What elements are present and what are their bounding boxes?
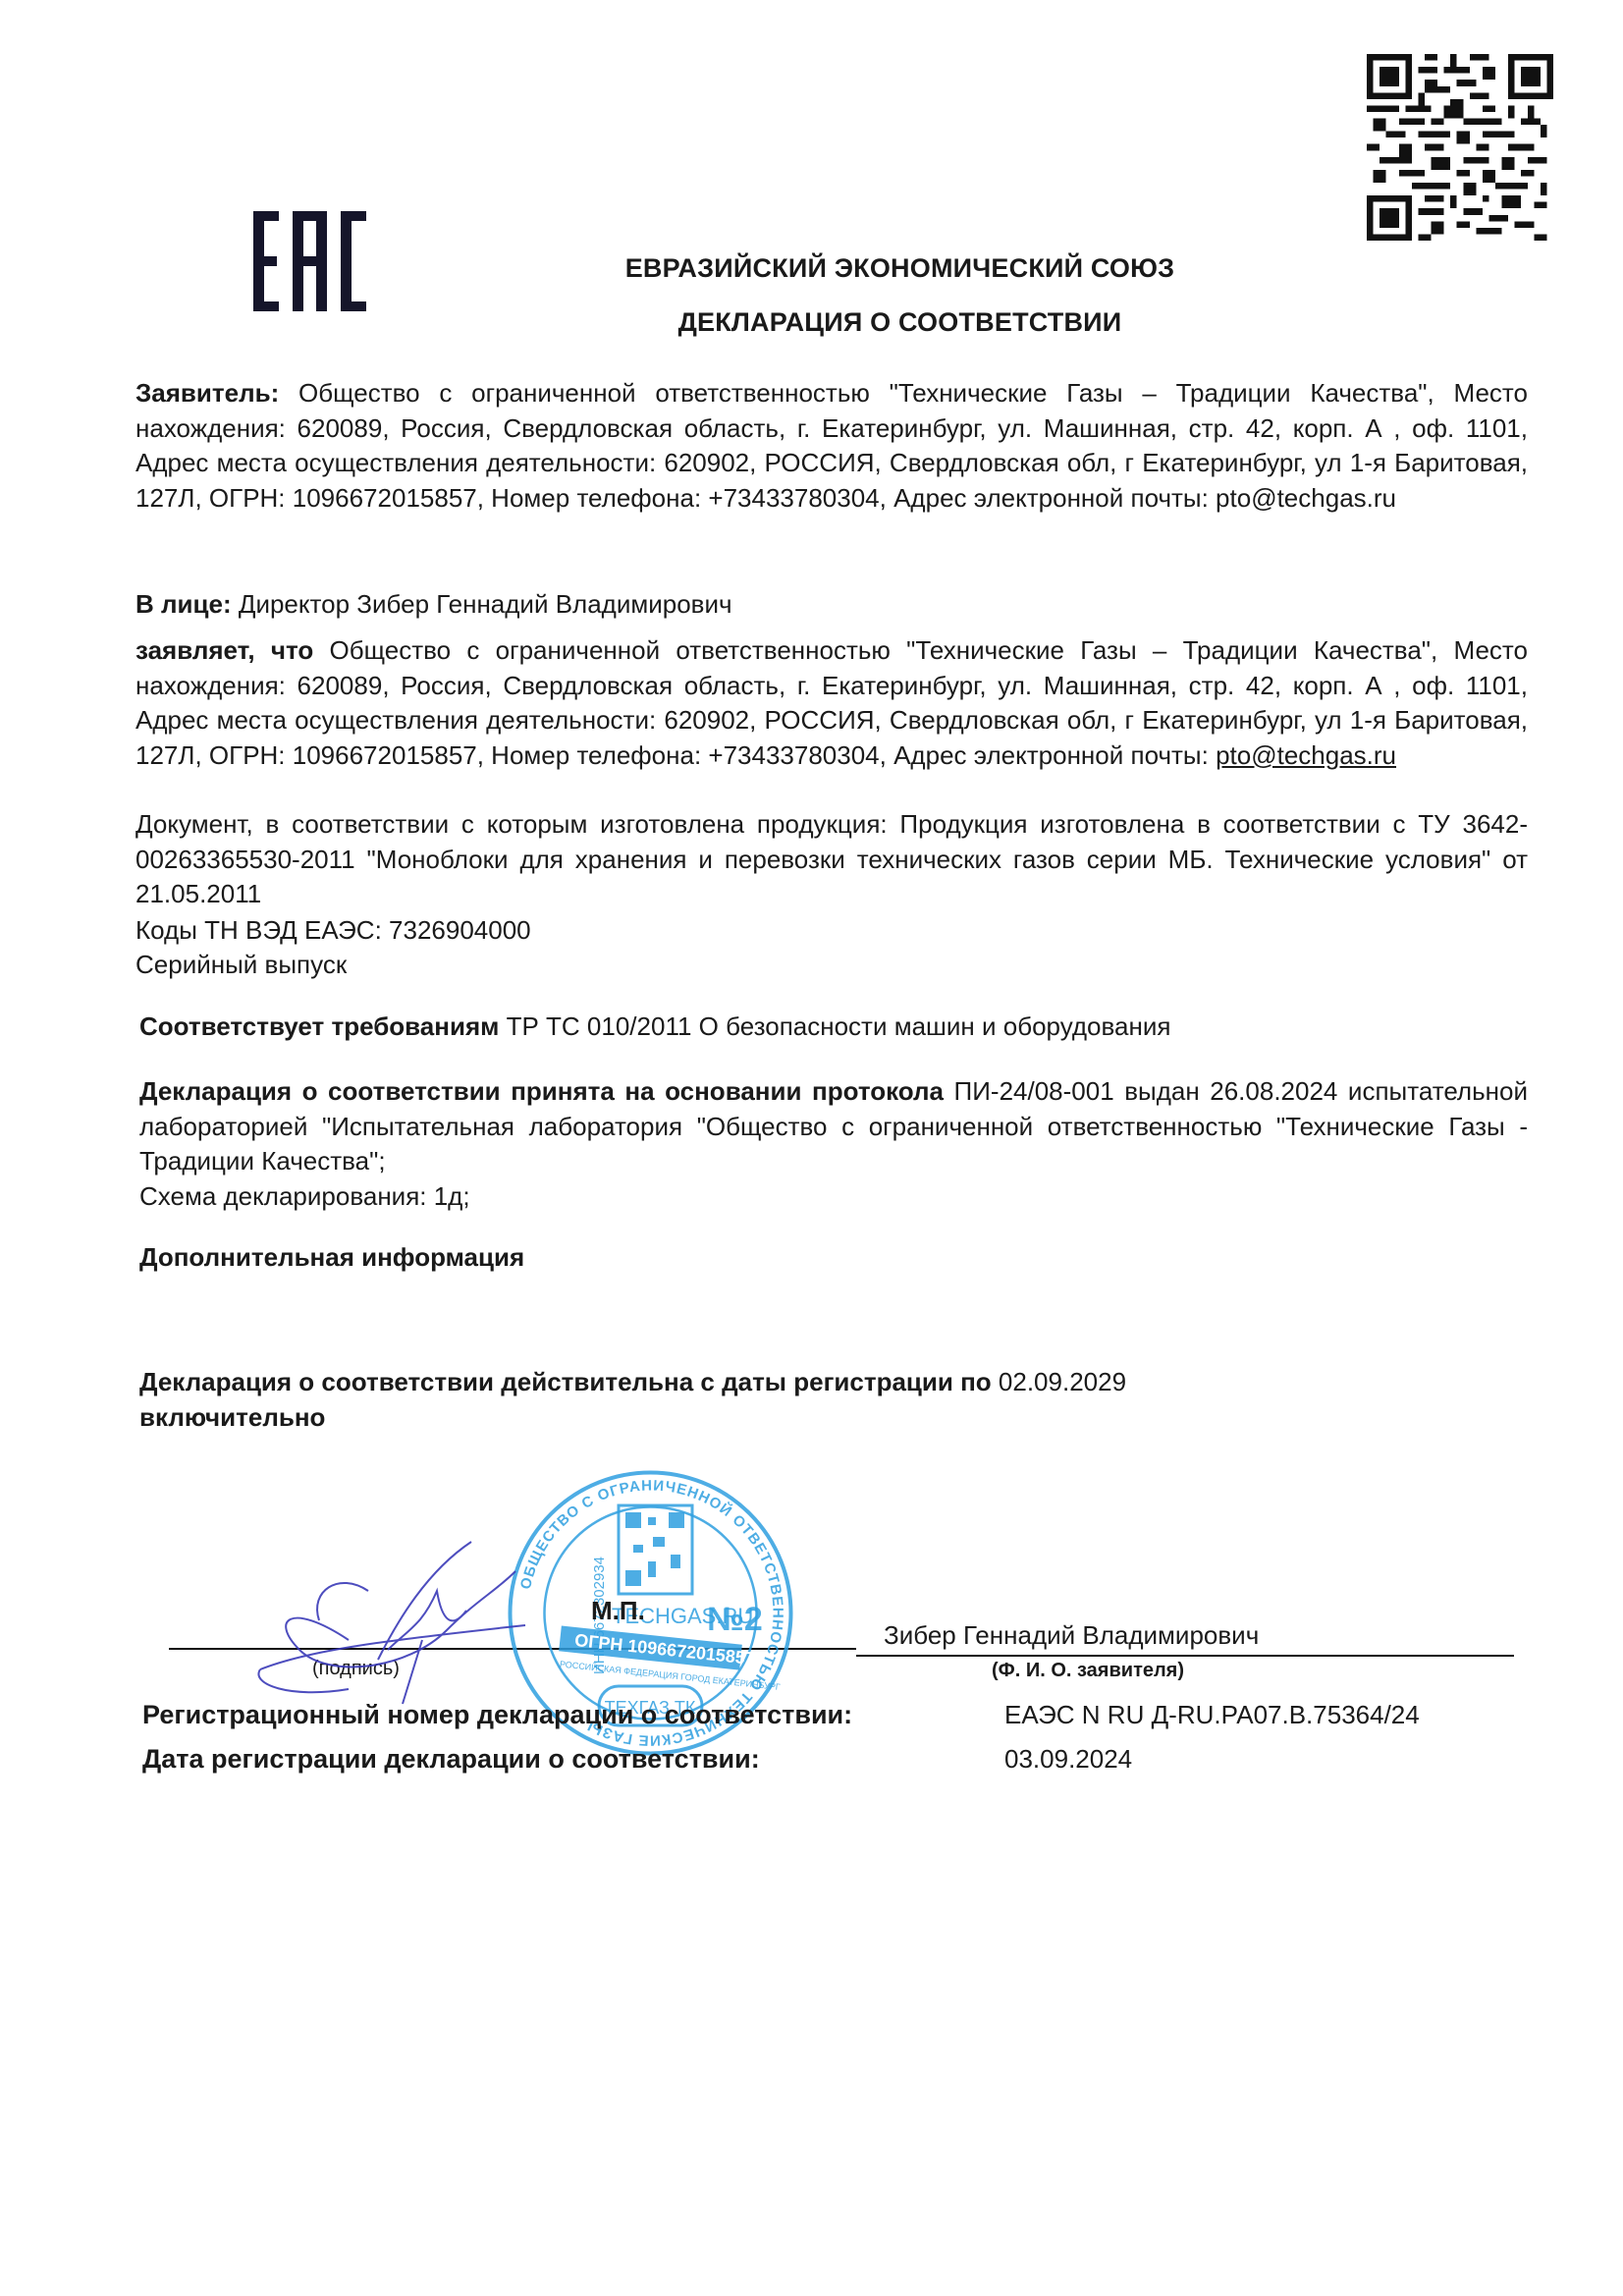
basis-section: Декларация о соответствии принята на осн… — [139, 1074, 1528, 1179]
product-document: Документ, в соответствии с которым изгот… — [135, 807, 1528, 912]
applicant-label: Заявитель: — [135, 378, 279, 408]
represented-by-text: Директор Зибер Геннадий Владимирович — [232, 589, 732, 619]
declares-section: заявляет, что Общество с ограниченной от… — [135, 633, 1528, 773]
name-caption: (Ф. И. О. заявителя) — [992, 1660, 1184, 1682]
basis-label: Декларация о соответствии принята на осн… — [139, 1076, 944, 1106]
name-line — [856, 1655, 1514, 1657]
validity-date: 02.09.2029 — [992, 1367, 1126, 1396]
applicant-name: Зибер Геннадий Владимирович — [884, 1620, 1259, 1651]
validity-label: Декларация о соответствии действительна … — [139, 1367, 992, 1396]
seal-mark: М.П. — [591, 1596, 645, 1626]
tn-ved-codes: Коды ТН ВЭД ЕАЭС: 7326904000 — [135, 913, 1528, 949]
registration-date-label: Дата регистрации декларации о соответств… — [142, 1744, 760, 1775]
stamp-number: №2 — [707, 1601, 763, 1638]
requirements-label: Соответствует требованиям — [139, 1011, 499, 1041]
additional-info-section: Дополнительная информация — [139, 1240, 1532, 1276]
handwritten-signature-icon — [231, 1532, 535, 1709]
registration-number-label: Регистрационный номер декларации о соотв… — [142, 1700, 852, 1730]
validity-section: Декларация о соответствии действительна … — [139, 1365, 1532, 1435]
applicant-section: Заявитель: Общество с ограниченной ответ… — [135, 376, 1528, 516]
declares-label: заявляет, что — [135, 635, 313, 665]
registration-number-value: ЕАЭС N RU Д-RU.РА07.В.75364/24 — [1004, 1700, 1420, 1730]
release-type: Серийный выпуск — [135, 948, 1528, 983]
union-title: ЕВРАЗИЙСКИЙ ЭКОНОМИЧЕСКИЙ СОЮЗ — [0, 253, 1623, 284]
declaration-scheme: Схема декларирования: 1д; — [139, 1179, 1532, 1215]
email-link[interactable]: pto@techgas.ru — [1216, 740, 1396, 770]
validity-suffix: включительно — [139, 1402, 325, 1432]
requirements-text: ТР ТС 010/2011 О безопасности машин и об… — [499, 1011, 1170, 1041]
additional-info-label: Дополнительная информация — [139, 1242, 524, 1272]
document-title: ДЕКЛАРАЦИЯ О СООТВЕТСТВИИ — [0, 307, 1623, 338]
requirements-section: Соответствует требованиям ТР ТС 010/2011… — [139, 1010, 1532, 1045]
qr-code-icon — [1367, 54, 1553, 241]
applicant-text: Общество с ограниченной ответственностью… — [135, 378, 1528, 513]
represented-by-section: В лице: Директор Зибер Геннадий Владимир… — [135, 587, 1528, 623]
represented-by-label: В лице: — [135, 589, 232, 619]
registration-date-value: 03.09.2024 — [1004, 1744, 1132, 1775]
